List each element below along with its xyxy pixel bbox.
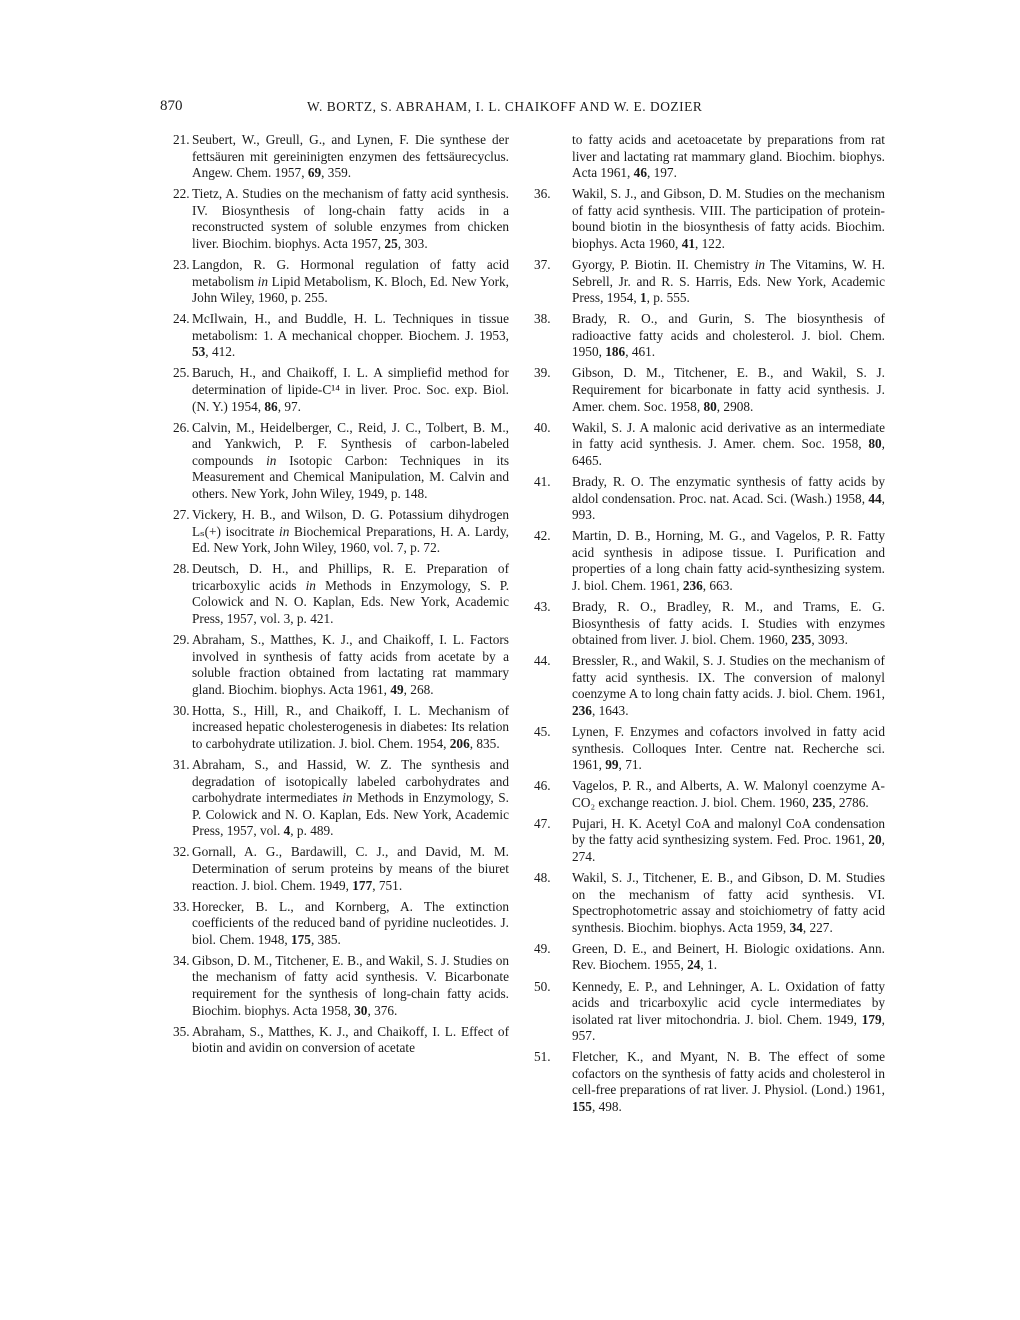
reference-number: 47. xyxy=(534,816,572,833)
volume-number: 69 xyxy=(308,165,321,180)
reference-entry: 39.Gibson, D. M., Titchener, E. B., and … xyxy=(534,365,885,415)
reference-entry: 24.McIlwain, H., and Buddle, H. L. Techn… xyxy=(173,311,509,361)
reference-text: Fletcher, K., and Myant, N. B. The effec… xyxy=(572,1049,885,1114)
reference-text: to fatty acids and acetoacetate by prepa… xyxy=(572,132,885,180)
volume-number: 236 xyxy=(683,578,703,593)
reference-text: Tietz, A. Studies on the mechanism of fa… xyxy=(192,186,509,251)
reference-entry: 46.Vagelos, P. R., and Alberts, A. W. Ma… xyxy=(534,778,885,811)
reference-text: Calvin, M., Heidelberger, C., Reid, J. C… xyxy=(192,420,509,501)
reference-number: 37. xyxy=(534,257,572,274)
volume-number: 20 xyxy=(868,832,881,847)
volume-number: 80 xyxy=(868,436,881,451)
volume-number: 179 xyxy=(862,1012,882,1027)
reference-number: 31. xyxy=(173,757,192,774)
reference-entry: 45.Lynen, F. Enzymes and cofactors invol… xyxy=(534,724,885,774)
reference-number: 21. xyxy=(173,132,192,149)
reference-text: Gornall, A. G., Bardawill, C. J., and Da… xyxy=(192,844,509,892)
reference-entry: 29.Abraham, S., Matthes, K. J., and Chai… xyxy=(173,632,509,698)
reference-entry: 38.Brady, R. O., and Gurin, S. The biosy… xyxy=(534,311,885,361)
volume-number: 41 xyxy=(682,236,695,251)
reference-entry: 22.Tietz, A. Studies on the mechanism of… xyxy=(173,186,509,252)
reference-entry: 25.Baruch, H., and Chaikoff, I. L. A sim… xyxy=(173,365,509,415)
reference-number: 25. xyxy=(173,365,192,382)
reference-text: Martin, D. B., Horning, M. G., and Vagel… xyxy=(572,528,885,593)
reference-number: 40. xyxy=(534,420,572,437)
reference-number: 26. xyxy=(173,420,192,437)
reference-entry: 33.Horecker, B. L., and Kornberg, A. The… xyxy=(173,899,509,949)
volume-number: 236 xyxy=(572,703,592,718)
reference-number: 50. xyxy=(534,979,572,996)
reference-entry: 42.Martin, D. B., Horning, M. G., and Va… xyxy=(534,528,885,594)
reference-number: 27. xyxy=(173,507,192,524)
reference-entry: 28.Deutsch, D. H., and Phillips, R. E. P… xyxy=(173,561,509,627)
reference-text: Brady, R. O., and Gurin, S. The biosynth… xyxy=(572,311,885,359)
reference-text: Green, D. E., and Beinert, H. Biologic o… xyxy=(572,941,885,973)
volume-number: 44 xyxy=(868,491,881,506)
reference-text: Horecker, B. L., and Kornberg, A. The ex… xyxy=(192,899,509,947)
volume-number: 25 xyxy=(384,236,397,251)
reference-entry: 23.Langdon, R. G. Hormonal regulation of… xyxy=(173,257,509,307)
volume-number: 206 xyxy=(450,736,470,751)
reference-entry: 51.Fletcher, K., and Myant, N. B. The ef… xyxy=(534,1049,885,1115)
volume-number: 80 xyxy=(703,399,716,414)
volume-number: 235 xyxy=(791,632,811,647)
page-number: 870 xyxy=(160,98,183,115)
reference-entry: 34.Gibson, D. M., Titchener, E. B., and … xyxy=(173,953,509,1019)
reference-number: 49. xyxy=(534,941,572,958)
reference-number: 48. xyxy=(534,870,572,887)
reference-number: 29. xyxy=(173,632,192,649)
reference-number: 35. xyxy=(173,1024,192,1041)
reference-text: Seubert, W., Greull, G., and Lynen, F. D… xyxy=(192,132,509,180)
volume-number: 99 xyxy=(605,757,618,772)
reference-entry: 21.Seubert, W., Greull, G., and Lynen, F… xyxy=(173,132,509,182)
reference-entry: 40.Wakil, S. J. A malonic acid derivativ… xyxy=(534,420,885,470)
reference-entry: 31.Abraham, S., and Hassid, W. Z. The sy… xyxy=(173,757,509,840)
reference-text: Abraham, S., and Hassid, W. Z. The synth… xyxy=(192,757,509,838)
volume-number: 46 xyxy=(634,165,647,180)
reference-number: 38. xyxy=(534,311,572,328)
reference-number: 24. xyxy=(173,311,192,328)
reference-text: Kennedy, E. P., and Lehninger, A. L. Oxi… xyxy=(572,979,885,1044)
reference-number: 33. xyxy=(173,899,192,916)
reference-entry: to fatty acids and acetoacetate by prepa… xyxy=(534,132,885,182)
reference-entry: 47.Pujari, H. K. Acetyl CoA and malonyl … xyxy=(534,816,885,866)
reference-number: 45. xyxy=(534,724,572,741)
reference-number: 43. xyxy=(534,599,572,616)
volume-number: 186 xyxy=(605,344,625,359)
volume-number: 86 xyxy=(264,399,277,414)
reference-number: 28. xyxy=(173,561,192,578)
reference-entry: 35.Abraham, S., Matthes, K. J., and Chai… xyxy=(173,1024,509,1057)
volume-number: 34 xyxy=(790,920,803,935)
reference-entry: 36.Wakil, S. J., and Gibson, D. M. Studi… xyxy=(534,186,885,252)
references-left-column: 21.Seubert, W., Greull, G., and Lynen, F… xyxy=(173,132,509,1061)
reference-text: Brady, R. O. The enzymatic synthesis of … xyxy=(572,474,885,522)
reference-text: Vickery, H. B., and Wilson, D. G. Potass… xyxy=(192,507,509,555)
reference-entry: 49.Green, D. E., and Beinert, H. Biologi… xyxy=(534,941,885,974)
reference-number: 41. xyxy=(534,474,572,491)
reference-text: Gibson, D. M., Titchener, E. B., and Wak… xyxy=(572,365,885,413)
reference-text: Baruch, H., and Chaikoff, I. L. A simpli… xyxy=(192,365,509,413)
volume-number: 1 xyxy=(640,290,647,305)
references-right-column: to fatty acids and acetoacetate by prepa… xyxy=(534,132,885,1120)
running-head: W. BORTZ, S. ABRAHAM, I. L. CHAIKOFF AND… xyxy=(307,99,702,115)
reference-number: 46. xyxy=(534,778,572,795)
volume-number: 155 xyxy=(572,1099,592,1114)
reference-text: Wakil, S. J. A malonic acid derivative a… xyxy=(572,420,885,468)
reference-entry: 27.Vickery, H. B., and Wilson, D. G. Pot… xyxy=(173,507,509,557)
reference-number: 36. xyxy=(534,186,572,203)
reference-text: Vagelos, P. R., and Alberts, A. W. Malon… xyxy=(572,778,885,810)
reference-text: Langdon, R. G. Hormonal regulation of fa… xyxy=(192,257,509,305)
volume-number: 49 xyxy=(390,682,403,697)
reference-number: 23. xyxy=(173,257,192,274)
reference-text: Brady, R. O., Bradley, R. M., and Trams,… xyxy=(572,599,885,647)
reference-entry: 37.Gyorgy, P. Biotin. II. Chemistry in T… xyxy=(534,257,885,307)
reference-number: 39. xyxy=(534,365,572,382)
reference-text: Wakil, S. J., and Gibson, D. M. Studies … xyxy=(572,186,885,251)
reference-text: Bressler, R., and Wakil, S. J. Studies o… xyxy=(572,653,885,718)
reference-entry: 30.Hotta, S., Hill, R., and Chaikoff, I.… xyxy=(173,703,509,753)
reference-text: Abraham, S., Matthes, K. J., and Chaikof… xyxy=(192,632,509,697)
volume-number: 177 xyxy=(352,878,372,893)
reference-text: Gibson, D. M., Titchener, E. B., and Wak… xyxy=(192,953,509,1018)
reference-number: 44. xyxy=(534,653,572,670)
reference-text: Abraham, S., Matthes, K. J., and Chaikof… xyxy=(192,1024,509,1056)
volume-number: 53 xyxy=(192,344,205,359)
reference-text: Gyorgy, P. Biotin. II. Chemistry in The … xyxy=(572,257,885,305)
reference-number: 51. xyxy=(534,1049,572,1066)
reference-entry: 44.Bressler, R., and Wakil, S. J. Studie… xyxy=(534,653,885,719)
volume-number: 175 xyxy=(291,932,311,947)
reference-text: Lynen, F. Enzymes and cofactors involved… xyxy=(572,724,885,772)
volume-number: 235 xyxy=(812,795,832,810)
reference-entry: 48.Wakil, S. J., Titchener, E. B., and G… xyxy=(534,870,885,936)
reference-number: 22. xyxy=(173,186,192,203)
reference-text: Hotta, S., Hill, R., and Chaikoff, I. L.… xyxy=(192,703,509,751)
volume-number: 24 xyxy=(687,957,700,972)
reference-entry: 43.Brady, R. O., Bradley, R. M., and Tra… xyxy=(534,599,885,649)
reference-entry: 26.Calvin, M., Heidelberger, C., Reid, J… xyxy=(173,420,509,503)
reference-text: Deutsch, D. H., and Phillips, R. E. Prep… xyxy=(192,561,509,626)
reference-number: 34. xyxy=(173,953,192,970)
reference-text: Pujari, H. K. Acetyl CoA and malonyl CoA… xyxy=(572,816,885,864)
volume-number: 30 xyxy=(354,1003,367,1018)
reference-entry: 32.Gornall, A. G., Bardawill, C. J., and… xyxy=(173,844,509,894)
volume-number: 4 xyxy=(284,823,291,838)
reference-entry: 41.Brady, R. O. The enzymatic synthesis … xyxy=(534,474,885,524)
reference-number: 32. xyxy=(173,844,192,861)
reference-number: 30. xyxy=(173,703,192,720)
reference-entry: 50.Kennedy, E. P., and Lehninger, A. L. … xyxy=(534,979,885,1045)
reference-text: McIlwain, H., and Buddle, H. L. Techniqu… xyxy=(192,311,509,359)
reference-number: 42. xyxy=(534,528,572,545)
reference-text: Wakil, S. J., Titchener, E. B., and Gibs… xyxy=(572,870,885,935)
